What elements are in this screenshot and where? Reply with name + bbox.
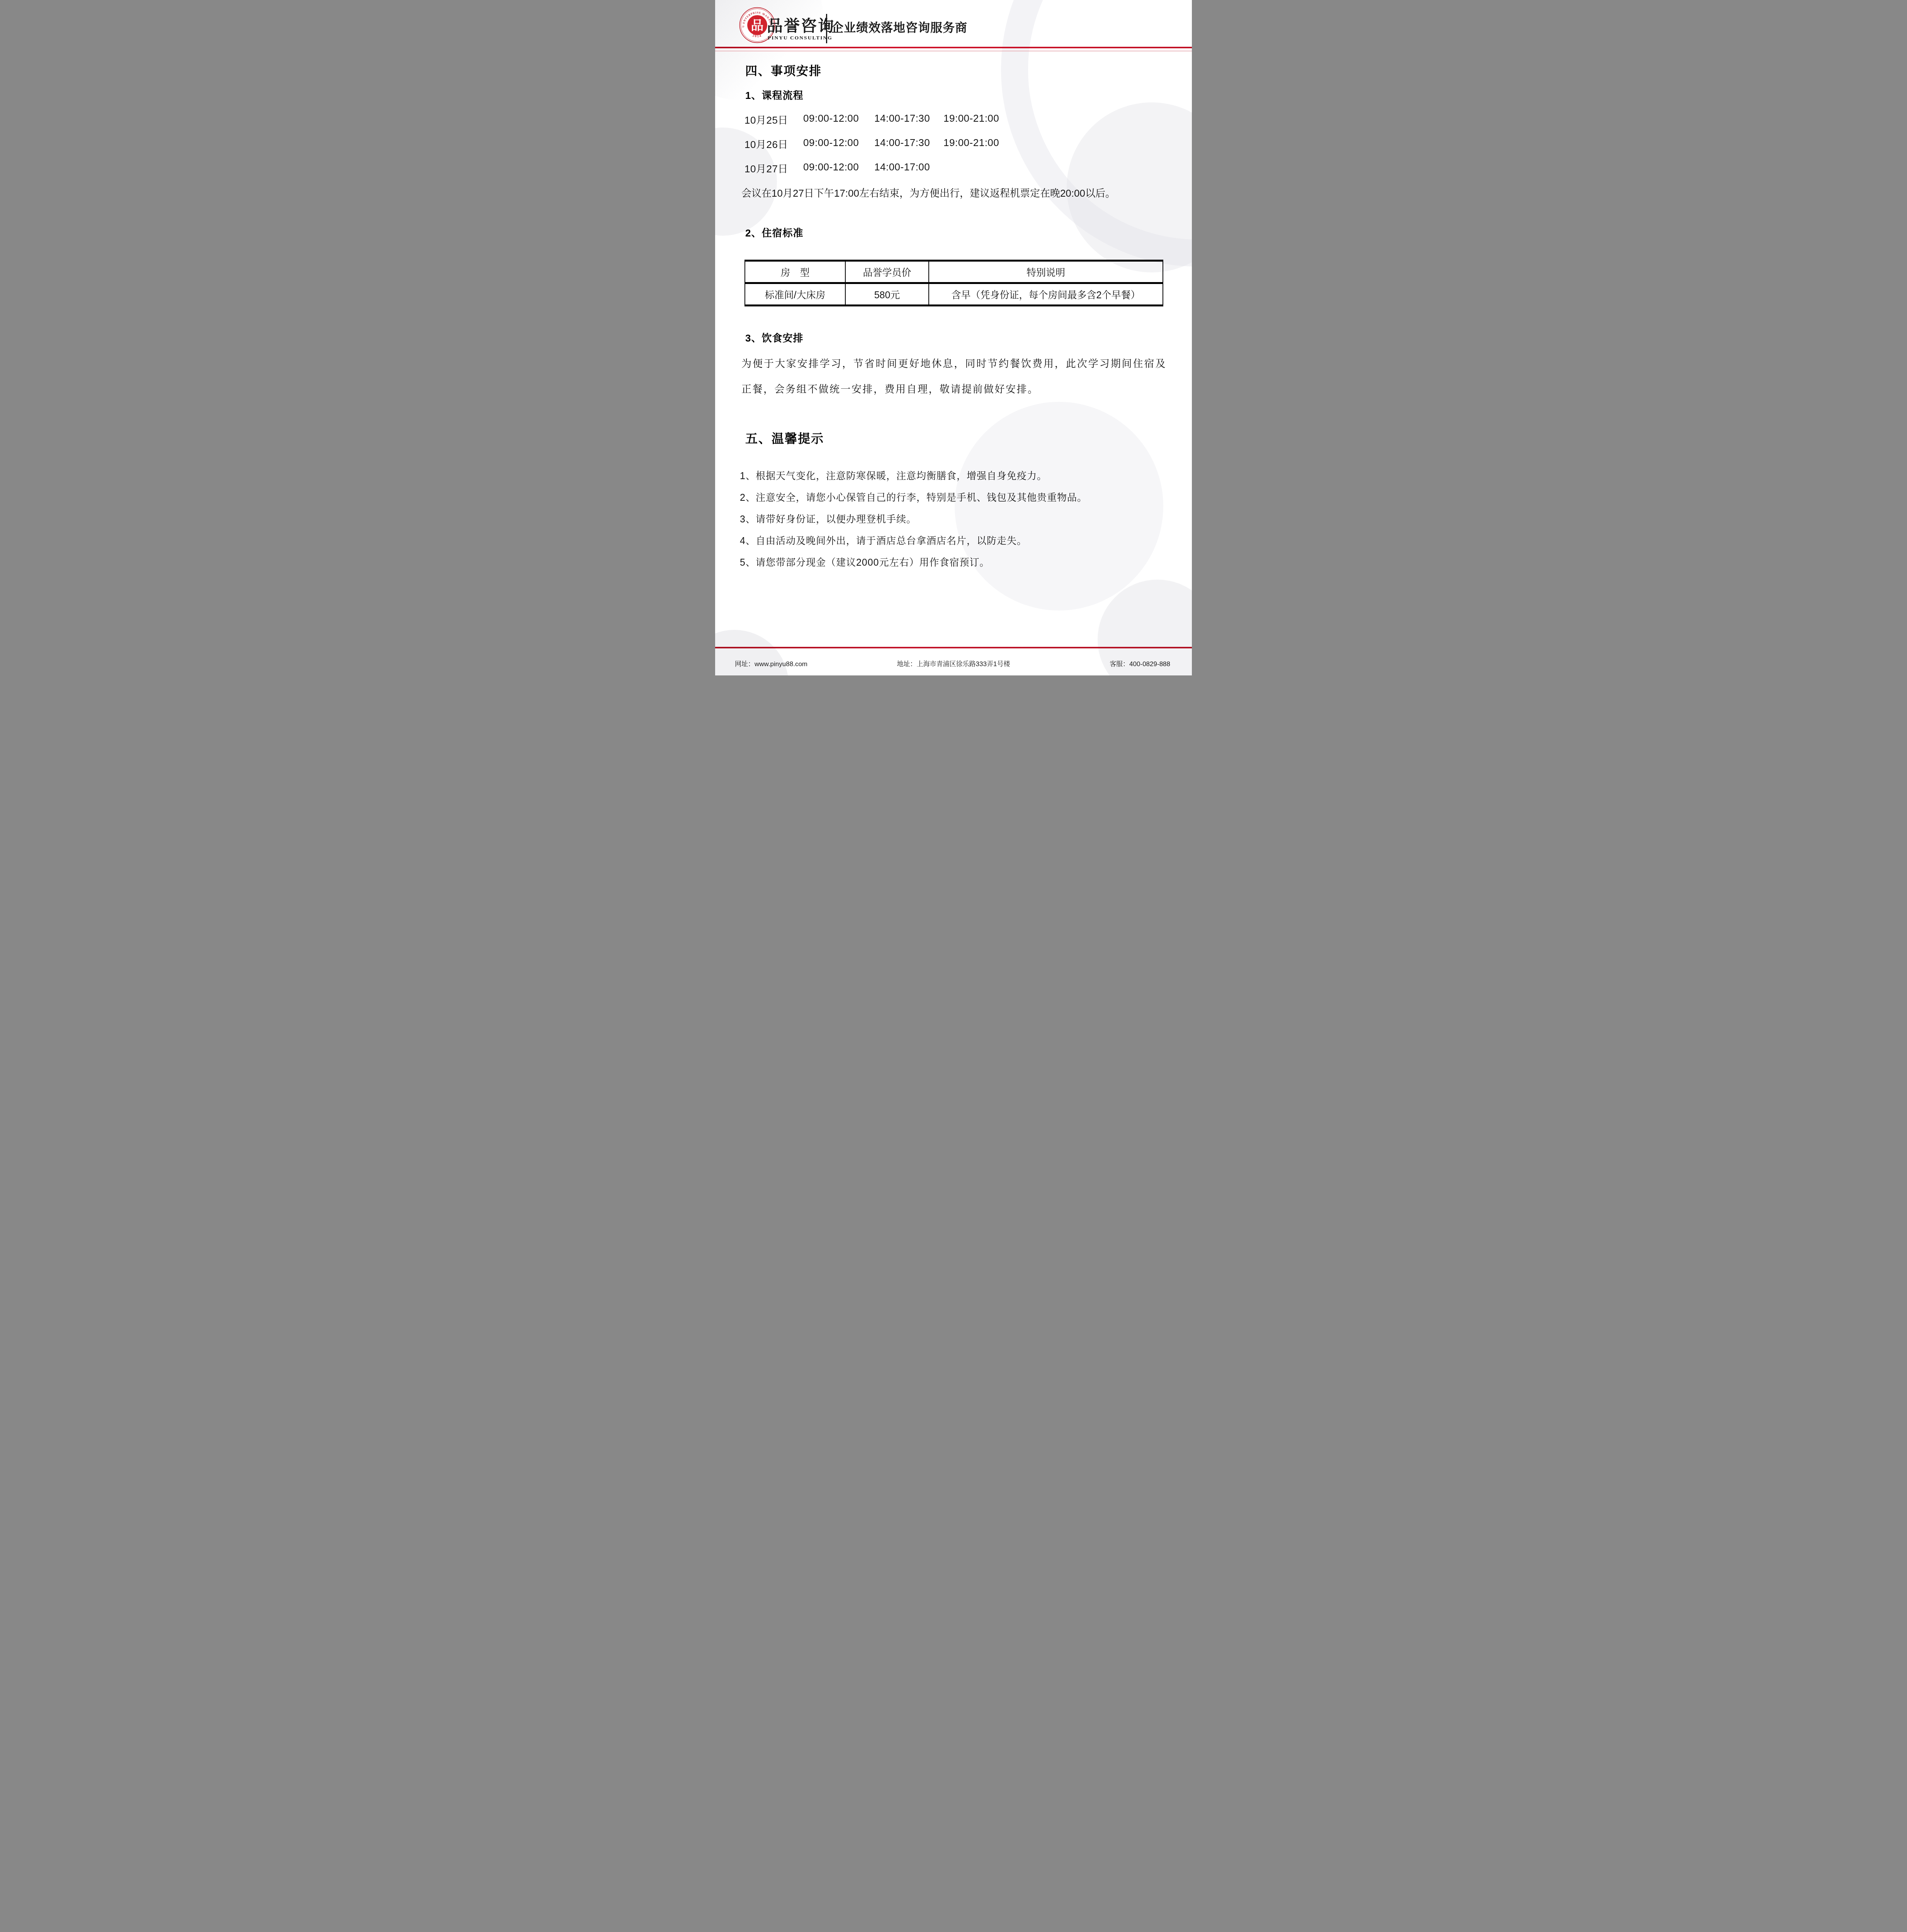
brand-divider — [826, 14, 827, 43]
schedule-date: 10月25日 — [744, 112, 803, 127]
header-thin-rule — [715, 51, 1192, 51]
table-header-cell: 品誉学员价 — [845, 262, 928, 282]
schedule-slot: 14:00-17:00 — [874, 161, 943, 173]
section-4-title: 四、事项安排 — [745, 61, 822, 78]
schedule-slot: 14:00-17:30 — [874, 112, 943, 124]
section-4-3-title: 3、饮食安排 — [745, 330, 803, 345]
seal-glyph: 品 — [751, 18, 764, 32]
tip-item: 2、注意安全，请您小心保管自己的行李，特别是手机、钱包及其他贵重物品。 — [740, 490, 1180, 512]
tip-item: 3、请带好身份证，以便办理登机手续。 — [740, 512, 1180, 533]
schedule-slot: 19:00-21:00 — [943, 137, 1169, 149]
brand-name-cn: 品誉咨询 — [767, 13, 835, 36]
bg-blob-bottom-left — [715, 630, 789, 675]
document-page: PINYU ENTERPRISE MANAGEMENT 2014 品 品誉咨询 … — [715, 0, 1192, 675]
schedule-date: 10月26日 — [744, 137, 803, 151]
schedule-row: 10月25日 09:00-12:00 14:00-17:30 19:00-21:… — [744, 112, 1169, 137]
schedule-date: 10月27日 — [744, 161, 803, 175]
table-header-cell: 特别说明 — [928, 262, 1163, 282]
footer-red-rule — [715, 647, 1192, 648]
schedule-slot: 19:00-21:00 — [943, 112, 1169, 124]
footer-website: 网址：www.pinyu88.com — [735, 658, 807, 668]
schedule-slot: 09:00-12:00 — [803, 112, 874, 124]
table-cell-room-type: 标准间/大床房 — [744, 284, 845, 304]
table-cell-remark: 含早（凭身份证，每个房间最多含2个早餐） — [928, 284, 1163, 304]
schedule-slot: 14:00-17:30 — [874, 137, 943, 149]
tip-item: 4、自由活动及晚间外出，请于酒店总台拿酒店名片，以防走失。 — [740, 533, 1180, 555]
table-row: 标准间/大床房 580元 含早（凭身份证，每个房间最多含2个早餐） — [744, 284, 1163, 304]
tip-item: 1、根据天气变化，注意防寒保暖，注意均衡膳食，增强自身免疫力。 — [740, 468, 1180, 490]
brand-tagline: 企业绩效落地咨询服务商 — [831, 18, 967, 35]
footer-address: 地址：上海市青浦区徐乐路333弄1号楼 — [897, 658, 1010, 668]
hotel-price-table: 房 型 品誉学员价 特别说明 标准间/大床房 580元 含早（凭身份证，每个房间… — [744, 260, 1163, 306]
footer-phone: 客服：400-0829-888 — [1110, 658, 1170, 668]
header-red-rule — [715, 47, 1192, 48]
brand-name-en: PINYU CONSULTING — [768, 35, 833, 41]
section-5-title: 五、温馨提示 — [745, 429, 824, 447]
table-header-row: 房 型 品誉学员价 特别说明 — [744, 262, 1163, 284]
tips-list: 1、根据天气变化，注意防寒保暖，注意均衡膳食，增强自身免疫力。 2、注意安全，请… — [740, 468, 1180, 577]
tip-item: 5、请您带部分现金（建议2000元左右）用作食宿预订。 — [740, 555, 1180, 577]
schedule-row: 10月26日 09:00-12:00 14:00-17:30 19:00-21:… — [744, 137, 1169, 161]
table-cell-price: 580元 — [845, 284, 928, 304]
dining-note: 为便于大家安排学习，节省时间更好地休息，同时节约餐饮费用，此次学习期间住宿及正餐… — [741, 351, 1166, 402]
section-4-1-title: 1、课程流程 — [745, 88, 803, 102]
section-4-2-title: 2、住宿标准 — [745, 225, 803, 240]
schedule-row: 10月27日 09:00-12:00 14:00-17:00 — [744, 161, 1169, 185]
course-schedule: 10月25日 09:00-12:00 14:00-17:30 19:00-21:… — [744, 112, 1169, 185]
schedule-slot: 09:00-12:00 — [803, 161, 874, 173]
schedule-slot: 09:00-12:00 — [803, 137, 874, 149]
table-header-cell: 房 型 — [744, 262, 845, 282]
schedule-note: 会议在10月27日下午17:00左右结束，为方便出行，建议返程机票定在晚20:0… — [741, 185, 1115, 200]
